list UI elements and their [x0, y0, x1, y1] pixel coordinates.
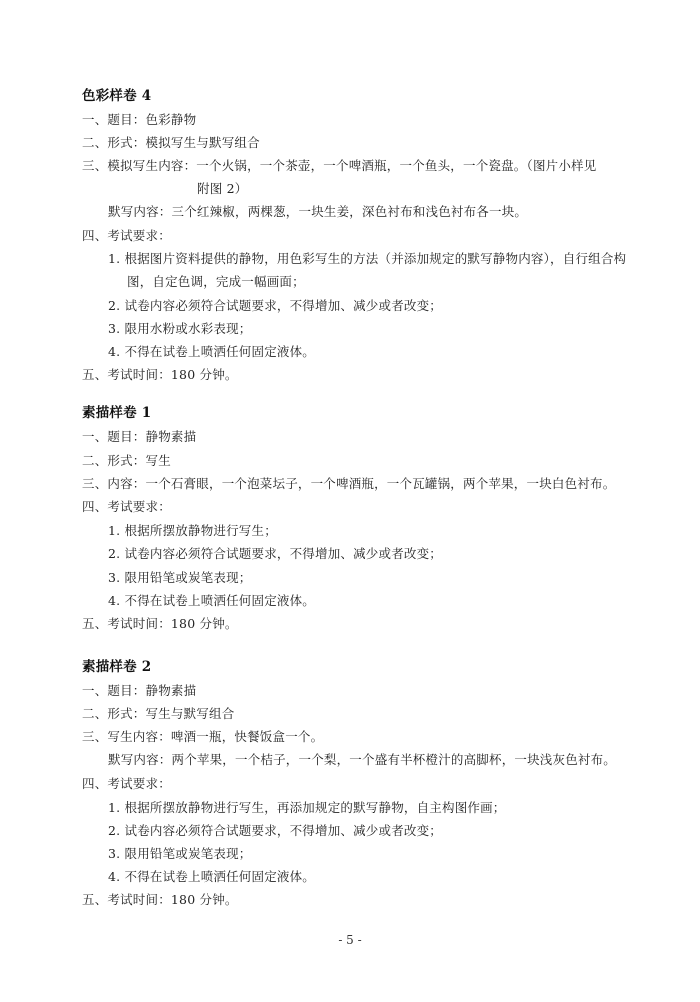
requirement-2: 2. 试卷内容必须符合试题要求，不得增加、减少或者改变；: [108, 823, 442, 839]
requirement-3: 3. 限用水粉或水彩表现；: [108, 321, 252, 337]
item-format: 二、形式：模拟写生与默写组合: [82, 135, 260, 151]
item-topic: 一、题目：静物素描: [82, 683, 196, 699]
item-content-continued: 附图 2）: [197, 181, 247, 197]
requirement-1-continued: 图，自定色调，完成一幅画面；: [127, 274, 305, 290]
item-topic: 一、题目：色彩静物: [82, 112, 196, 128]
requirement-3: 3. 限用铅笔或炭笔表现；: [108, 846, 252, 862]
requirement-2: 2. 试卷内容必须符合试题要求，不得增加、减少或者改变；: [108, 298, 442, 314]
item-memory-content: 默写内容：两个苹果，一个桔子，一个梨，一个盛有半杯橙汁的高脚杯，一块浅灰色衬布。: [108, 752, 616, 768]
requirement-3: 3. 限用铅笔或炭笔表现；: [108, 570, 252, 586]
item-content: 三、写生内容：啤酒一瓶，快餐饭盒一个。: [82, 729, 323, 745]
page-number: - 5 -: [0, 933, 700, 947]
requirement-2: 2. 试卷内容必须符合试题要求，不得增加、减少或者改变；: [108, 546, 442, 562]
section-title-sketch-2: 素描样卷 2: [82, 659, 151, 675]
item-format: 二、形式：写生: [82, 453, 171, 469]
requirement-1: 1. 根据所摆放静物进行写生，再添加规定的默写静物，自主构图作画；: [108, 800, 506, 816]
item-format: 二、形式：写生与默写组合: [82, 706, 234, 722]
document-page: 色彩样卷 4 一、题目：色彩静物 二、形式：模拟写生与默写组合 三、模拟写生内容…: [0, 0, 700, 1002]
item-topic: 一、题目：静物素描: [82, 429, 196, 445]
requirement-1: 1. 根据图片资料提供的静物，用色彩写生的方法（并添加规定的默写静物内容），自行…: [108, 251, 626, 267]
item-content: 三、内容：一个石膏眼，一个泡菜坛子，一个啤酒瓶，一个瓦罐锅，两个苹果，一块白色衬…: [82, 476, 615, 492]
requirement-4: 4. 不得在试卷上喷洒任何固定液体。: [108, 344, 315, 360]
item-content: 三、模拟写生内容：一个火锅，一个茶壶，一个啤酒瓶，一个鱼头，一个瓷盘。（图片小样…: [82, 158, 596, 174]
section-title-color-4: 色彩样卷 4: [82, 88, 151, 104]
item-requirements: 四、考试要求：: [82, 228, 171, 244]
item-exam-time: 五、考试时间：180 分钟。: [82, 616, 238, 632]
requirement-4: 4. 不得在试卷上喷洒任何固定液体。: [108, 869, 315, 885]
requirement-4: 4. 不得在试卷上喷洒任何固定液体。: [108, 593, 315, 609]
item-requirements: 四、考试要求：: [82, 776, 171, 792]
item-exam-time: 五、考试时间：180 分钟。: [82, 367, 238, 383]
item-exam-time: 五、考试时间：180 分钟。: [82, 892, 238, 908]
section-title-sketch-1: 素描样卷 1: [82, 405, 151, 421]
item-requirements: 四、考试要求：: [82, 499, 171, 515]
requirement-1: 1. 根据所摆放静物进行写生；: [108, 523, 277, 539]
item-memory-content: 默写内容：三个红辣椒，两棵葱，一块生姜，深色衬布和浅色衬布各一块。: [108, 204, 527, 220]
